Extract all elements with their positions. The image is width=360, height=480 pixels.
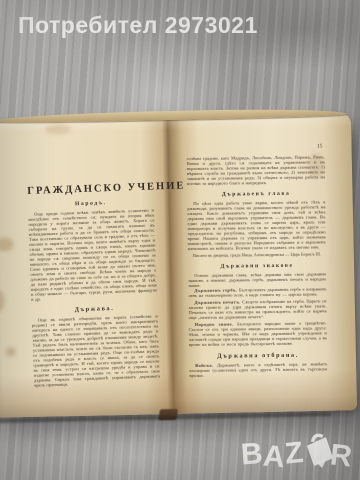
photo-vignette bbox=[0, 0, 360, 480]
listing-photo: ГРАЖДАНСКО УЧЕНИЕ Народъ. Още преди годи… bbox=[0, 0, 360, 480]
